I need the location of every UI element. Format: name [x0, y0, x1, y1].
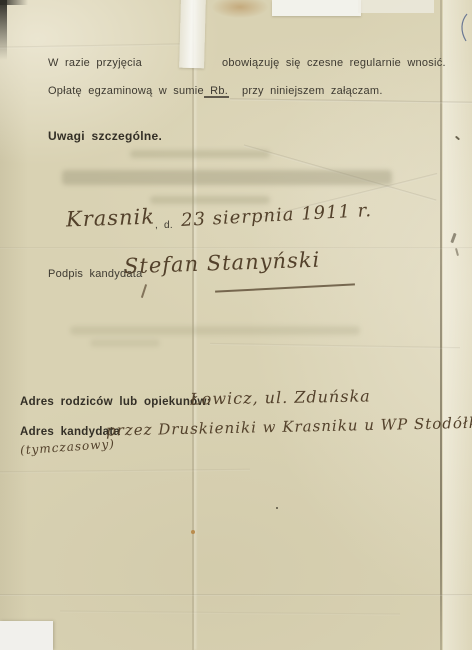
right-fold-light-zone: [443, 0, 472, 650]
bleedthrough-text: [130, 150, 270, 158]
bleedthrough-text: [62, 170, 392, 185]
remarks-heading: Uwagi szczególne.: [48, 129, 162, 143]
vertical-fold-right: [440, 0, 442, 650]
signature-flourish-underline: [215, 283, 355, 292]
crease-line: [0, 43, 180, 48]
fee-amount-blank-line: [204, 96, 229, 98]
bleedthrough-text: [90, 339, 160, 347]
handwritten-parents-address: Łowicz, ul. Zduńska: [190, 386, 371, 408]
brown-stain: [212, 0, 268, 18]
crease-line: [230, 98, 472, 103]
crease-line: [0, 247, 472, 249]
tape-strip-vertical: [179, 0, 206, 68]
dark-speck: [276, 507, 278, 509]
signature-descender-stroke: [141, 284, 147, 298]
bleedthrough-text: [150, 196, 270, 204]
crease-line: [244, 144, 437, 201]
crease-line: [60, 611, 400, 616]
handwritten-place: Krasnik: [66, 204, 156, 231]
scan-edge-left: [0, 0, 7, 60]
brown-speck: [191, 530, 195, 534]
crease-line: [0, 469, 250, 474]
handwritten-candidate-address: przez Druskieniki w Krasniku u WP Stodół…: [106, 412, 472, 439]
acceptance-clause-right: obowiązuję się czesne regularnie wnosić.: [222, 57, 446, 69]
handwritten-signature: Stefan Stanyński: [124, 248, 321, 279]
small-scribble: [455, 248, 459, 256]
bleedthrough-text: [70, 326, 360, 335]
parents-address-label: Adres rodziców lub opiekunów:: [20, 396, 211, 408]
crease-line: [210, 343, 460, 349]
date-connector: , d.: [155, 220, 173, 231]
tape-strip-top-right: [358, 0, 434, 13]
vertical-crease-center-left: [192, 0, 194, 650]
small-mark: [455, 136, 460, 141]
scanned-document-page: W razie przyjęcia obowiązuję się czesne …: [0, 0, 472, 650]
crease-line: [0, 594, 472, 596]
fee-clause-right: przy niniejszem załączam.: [242, 85, 383, 97]
small-scribble: [450, 233, 456, 243]
scan-edge-top: [0, 0, 28, 5]
fee-clause-left: Opłatę egzaminową w sumie Rb.: [48, 85, 228, 97]
blue-pen-mark: [457, 13, 472, 43]
handwritten-tentative-note: (tymczasowy): [20, 437, 116, 458]
paper-patch-bottom-left: [0, 621, 53, 650]
handwritten-date: 23 sierpnia 1911 r.: [181, 200, 373, 231]
tape-strip-horizontal: [272, 0, 361, 16]
acceptance-clause-left: W razie przyjęcia: [48, 57, 142, 69]
